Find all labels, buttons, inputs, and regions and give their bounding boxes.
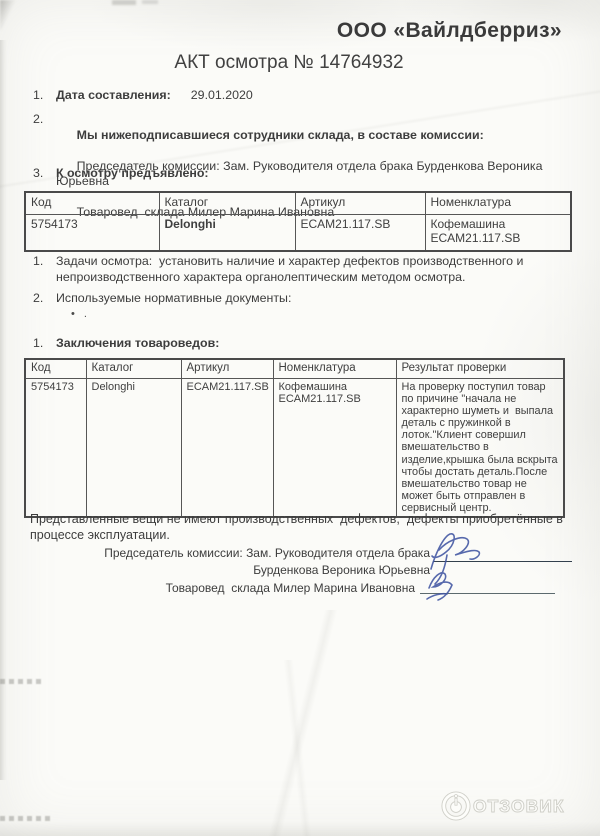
item-number: 2. — [33, 291, 56, 307]
cell-nomenclature: Кофемашина ECAM21.117.SB — [273, 379, 396, 518]
cell-article: ECAM21.117.SB — [295, 215, 425, 252]
item-number: 1. — [33, 336, 56, 352]
col-header-article: Артикул — [181, 359, 273, 379]
item-normative-docs: 2. Используемые нормативные документы: — [33, 291, 291, 307]
col-header-article: Артикул — [295, 192, 425, 215]
scan-edge-mark — [142, 0, 158, 4]
table-row: 5754173 Delonghi ECAM21.117.SB Кофемашин… — [25, 215, 571, 252]
date-value: 29.01.2020 — [191, 88, 253, 104]
presented-goods-table: Код Каталог Артикул Номенклатура 5754173… — [24, 191, 572, 252]
scan-smudge — [0, 816, 50, 821]
item-presented: 3. К осмотру предъявлено: — [33, 166, 209, 182]
col-header-nomenclature: Номенклатура — [273, 359, 396, 379]
document-title: АКТ осмотра № 14764932 — [0, 52, 578, 74]
conclusions-heading: Заключения товароведов: — [56, 336, 219, 352]
cell-catalog: Delonghi — [86, 379, 181, 518]
power-icon — [441, 791, 471, 821]
otzovik-watermark: ОТЗОВИК — [441, 791, 565, 821]
cell-nomenclature: Кофемашина ECAM21.117.SB — [425, 215, 571, 252]
tasks-text: Задачи осмотра: установить наличие и хар… — [56, 254, 563, 285]
scan-edge-mark — [112, 0, 136, 5]
empty-bullet: • . — [71, 308, 90, 320]
item-number: 1. — [33, 254, 56, 285]
scanned-document: ООО «Вайлдберриз» АКТ осмотра № 14764932… — [0, 0, 600, 836]
cell-inspection-result: На проверку поступил товар по причине "н… — [396, 379, 564, 518]
table-header-row: Код Каталог Артикул Номенклатура Результ… — [25, 359, 564, 379]
cell-code: 5754173 — [25, 379, 86, 518]
signature-chair-name: Бурденкова Вероника Юрьевна — [253, 563, 430, 577]
cell-catalog: Delonghi — [159, 215, 295, 252]
col-header-result: Результат проверки — [396, 359, 564, 379]
col-header-code: Код — [25, 192, 159, 215]
col-header-catalog: Каталог — [159, 192, 295, 215]
cell-code: 5754173 — [25, 215, 159, 252]
cell-article: ECAM21.117.SB — [181, 379, 273, 518]
scan-smudge — [0, 679, 44, 684]
watermark-label: ОТЗОВИК — [473, 796, 565, 817]
item-number: 3. — [33, 166, 56, 182]
col-header-nomenclature: Номенклатура — [425, 192, 571, 215]
date-label: Дата составления: — [56, 88, 171, 104]
item-tasks: 1. Задачи осмотра: установить наличие и … — [33, 254, 563, 285]
table-row: 5754173 Delonghi ECAM21.117.SB Кофемашин… — [25, 379, 564, 518]
item-number: 1. — [33, 88, 56, 104]
handwritten-signatures — [415, 525, 585, 607]
item-date: 1. Дата составления: 29.01.2020 — [33, 88, 253, 104]
item-conclusions: 1. Заключения товароведов: — [33, 336, 219, 352]
company-name: ООО «Вайлдберриз» — [337, 19, 562, 43]
table-header-row: Код Каталог Артикул Номенклатура — [25, 192, 571, 215]
col-header-code: Код — [25, 359, 86, 379]
col-header-catalog: Каталог — [86, 359, 181, 379]
commission-heading: Мы нижеподписавшиеся сотрудники склада, … — [77, 128, 484, 142]
presented-heading: К осмотру предъявлено: — [56, 166, 209, 182]
signature-expert-line: Товаровед склада Милер Марина Ивановна — [166, 581, 415, 595]
scan-edge-shadow — [0, 40, 7, 780]
signature-chair-title: Председатель комиссии: Зам. Руководителя… — [104, 546, 430, 560]
expert-conclusion-table: Код Каталог Артикул Номенклатура Результ… — [24, 358, 565, 518]
normative-docs-text: Используемые нормативные документы: — [56, 291, 291, 307]
scan-corner-mark — [0, 0, 16, 30]
